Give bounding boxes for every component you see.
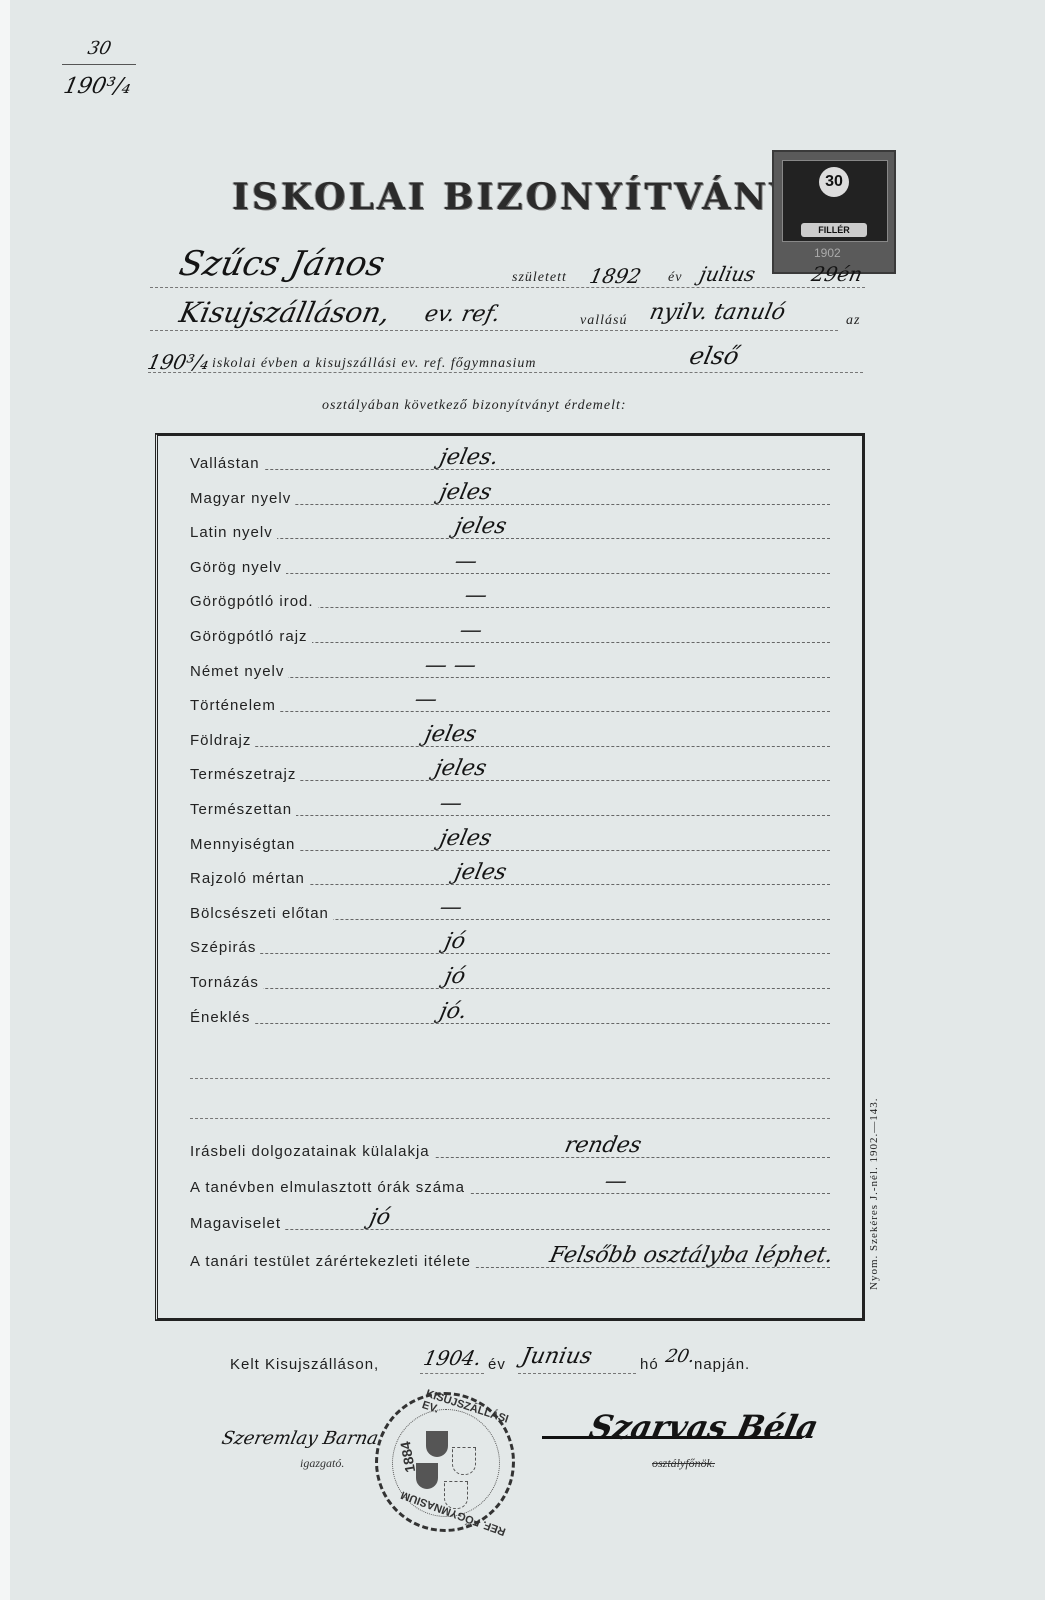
grade-row: Magyar nyelvjeles (190, 481, 830, 511)
subject-label: Rajzoló mértan (190, 870, 309, 887)
seal-shield-icon (452, 1447, 476, 1475)
grade-value: — — (422, 653, 478, 678)
religion: ev. ref. (422, 302, 502, 327)
extra-label: Magaviselet (190, 1215, 285, 1232)
stamp-unit: FILLÉR (801, 223, 867, 237)
line-2 (150, 330, 838, 331)
grade-row: Tornázásjó (190, 965, 830, 995)
grade-line (190, 953, 830, 954)
printer-note: Nyom. Szekéres J.-nél. 1902.—143. (868, 1098, 880, 1290)
subject-label: Latin nyelv (190, 524, 277, 541)
subject-label: Természettan (190, 801, 296, 818)
grade-value: jeles. (437, 445, 501, 470)
seal-shield-icon (444, 1481, 468, 1509)
director-role: igazgató. (300, 1456, 344, 1471)
class: első (687, 342, 742, 370)
grade-row: Történelem— (190, 688, 830, 718)
blank-line-1 (190, 1078, 830, 1079)
archive-rule (62, 64, 136, 65)
extra-value: rendes (562, 1133, 643, 1158)
extra-value: jó (367, 1205, 392, 1230)
teacher-role: osztályfőnök. (652, 1456, 715, 1471)
grade-row: Görögpótló rajz— (190, 619, 830, 649)
birth-month: julius (697, 262, 757, 286)
grade-value: jeles (432, 756, 489, 781)
extra-row: A tanári testület zárértekezleti itélete… (190, 1244, 830, 1274)
student-status: nyilv. tanuló (647, 300, 787, 325)
grade-row: Mennyiségtanjeles (190, 827, 830, 857)
grade-line (190, 469, 830, 470)
grade-row: Szépirásjó (190, 930, 830, 960)
grade-value: — (452, 549, 479, 574)
napjan-label: napján. (694, 1356, 750, 1373)
extra-row: A tanévben elmulasztott órák száma— (190, 1170, 830, 1200)
footer-year: 1904. (421, 1346, 483, 1370)
extra-label: Irásbeli dolgozatainak külalakja (190, 1143, 434, 1160)
subject-label: Mennyiségtan (190, 836, 299, 853)
grade-row: Bölcsészeti előtan— (190, 896, 830, 926)
grade-row: Német nyelv— — (190, 654, 830, 684)
grade-value: jó. (437, 999, 469, 1024)
grade-value: jeles (452, 860, 509, 885)
extra-label: A tanári testület zárértekezleti itélete (190, 1253, 475, 1270)
grade-line (190, 988, 830, 989)
seal-shield-icon (416, 1463, 438, 1489)
grade-line (190, 711, 830, 712)
birth-day: 29én (809, 262, 864, 286)
line-1 (150, 287, 865, 288)
extra-row: Magaviseletjó (190, 1206, 830, 1236)
birth-place: Kisujszálláson, (176, 296, 393, 329)
kelt-label: Kelt Kisujszálláson, (230, 1356, 379, 1373)
footer-month: Junius (519, 1344, 594, 1369)
grade-value: jeles (422, 722, 479, 747)
grade-value: — (437, 791, 464, 816)
subject-label: Bölcsészeti előtan (190, 905, 333, 922)
ho-label: hó (640, 1356, 659, 1373)
seal-shield-icon (426, 1431, 448, 1457)
extra-row: Irásbeli dolgozatainak külalakjarendes (190, 1134, 830, 1164)
subject-label: Német nyelv (190, 663, 288, 680)
extra-value: — (602, 1169, 629, 1194)
stamp-value: 30 (819, 167, 849, 197)
stamp-year: 1902 (814, 246, 841, 260)
birth-year: 1892 (587, 264, 643, 288)
grade-row: Latin nyelvjeles (190, 515, 830, 545)
class-text: osztályában következő bizonyítványt érde… (322, 398, 627, 414)
grade-value: jeles (452, 514, 509, 539)
subject-label: Természetrajz (190, 766, 300, 783)
blank-line-2 (190, 1118, 830, 1119)
revenue-stamp: 30 FILLÉR 1902 (772, 150, 896, 274)
extra-value: Felsőbb osztályba léphet. (547, 1243, 835, 1268)
grade-row: Rajzoló mértanjeles (190, 861, 830, 891)
extra-line (190, 1229, 830, 1230)
footer-year-line (420, 1373, 484, 1374)
ev-label: év (488, 1356, 506, 1373)
grade-value: — (437, 895, 464, 920)
subject-label: Szépirás (190, 939, 260, 956)
archive-number: 190³/₄ (61, 74, 133, 99)
footer-day: 20. (664, 1346, 697, 1367)
grade-row: Természettan— (190, 792, 830, 822)
grade-row: Görögpótló irod.— (190, 584, 830, 614)
page-edge (0, 0, 10, 1600)
school-text: iskolai évben a kisujszállási ev. ref. f… (212, 356, 537, 372)
grade-row: Görög nyelv— (190, 550, 830, 580)
religion-label: vallású (580, 313, 627, 329)
stamp-inner: 30 FILLÉR (782, 160, 888, 242)
grade-line (190, 746, 830, 747)
subject-label: Történelem (190, 697, 280, 714)
subject-label: Görög nyelv (190, 559, 286, 576)
school-year: 190³/₄ (145, 350, 211, 374)
line-3 (148, 372, 863, 373)
subject-label: Tornázás (190, 974, 263, 991)
subject-label: Görögpótló rajz (190, 628, 312, 645)
grade-line (190, 1023, 830, 1024)
subject-label: Földrajz (190, 732, 255, 749)
grade-value: — (462, 583, 489, 608)
subject-label: Éneklés (190, 1009, 254, 1026)
extra-label: A tanévben elmulasztott órák száma (190, 1179, 469, 1196)
archive-number-top: 30 (86, 38, 113, 59)
footer-month-line (518, 1373, 636, 1374)
year-label: év (668, 270, 682, 286)
grade-row: Földrajzjeles (190, 723, 830, 753)
subject-label: Magyar nyelv (190, 490, 295, 507)
grade-value: — (457, 618, 484, 643)
grade-row: Vallástanjeles. (190, 446, 830, 476)
student-name: Szűcs János (176, 244, 389, 284)
grade-value: jó (442, 929, 467, 954)
school-seal: KISUJSZÁLLÁSI EV. 1884 REF. FŐGYMNASIUM (375, 1392, 515, 1532)
director-signature: Szeremlay Barna (220, 1428, 381, 1449)
born-label: született (512, 270, 567, 286)
grade-line (190, 538, 830, 539)
grade-line (190, 573, 830, 574)
document-title: ISKOLAI BIZONYÍTVÁNY. (232, 176, 809, 218)
teacher-signature: Szarvas Béla (586, 1408, 822, 1446)
subject-label: Görögpótló irod. (190, 593, 318, 610)
grade-value: — (412, 687, 439, 712)
grade-row: Éneklésjó. (190, 1000, 830, 1030)
grade-value: jó (442, 964, 467, 989)
grade-row: Természetrajzjeles (190, 757, 830, 787)
az-label: az (846, 313, 860, 329)
grade-value: jeles (437, 480, 494, 505)
grade-value: jeles (437, 826, 494, 851)
subject-label: Vallástan (190, 455, 264, 472)
